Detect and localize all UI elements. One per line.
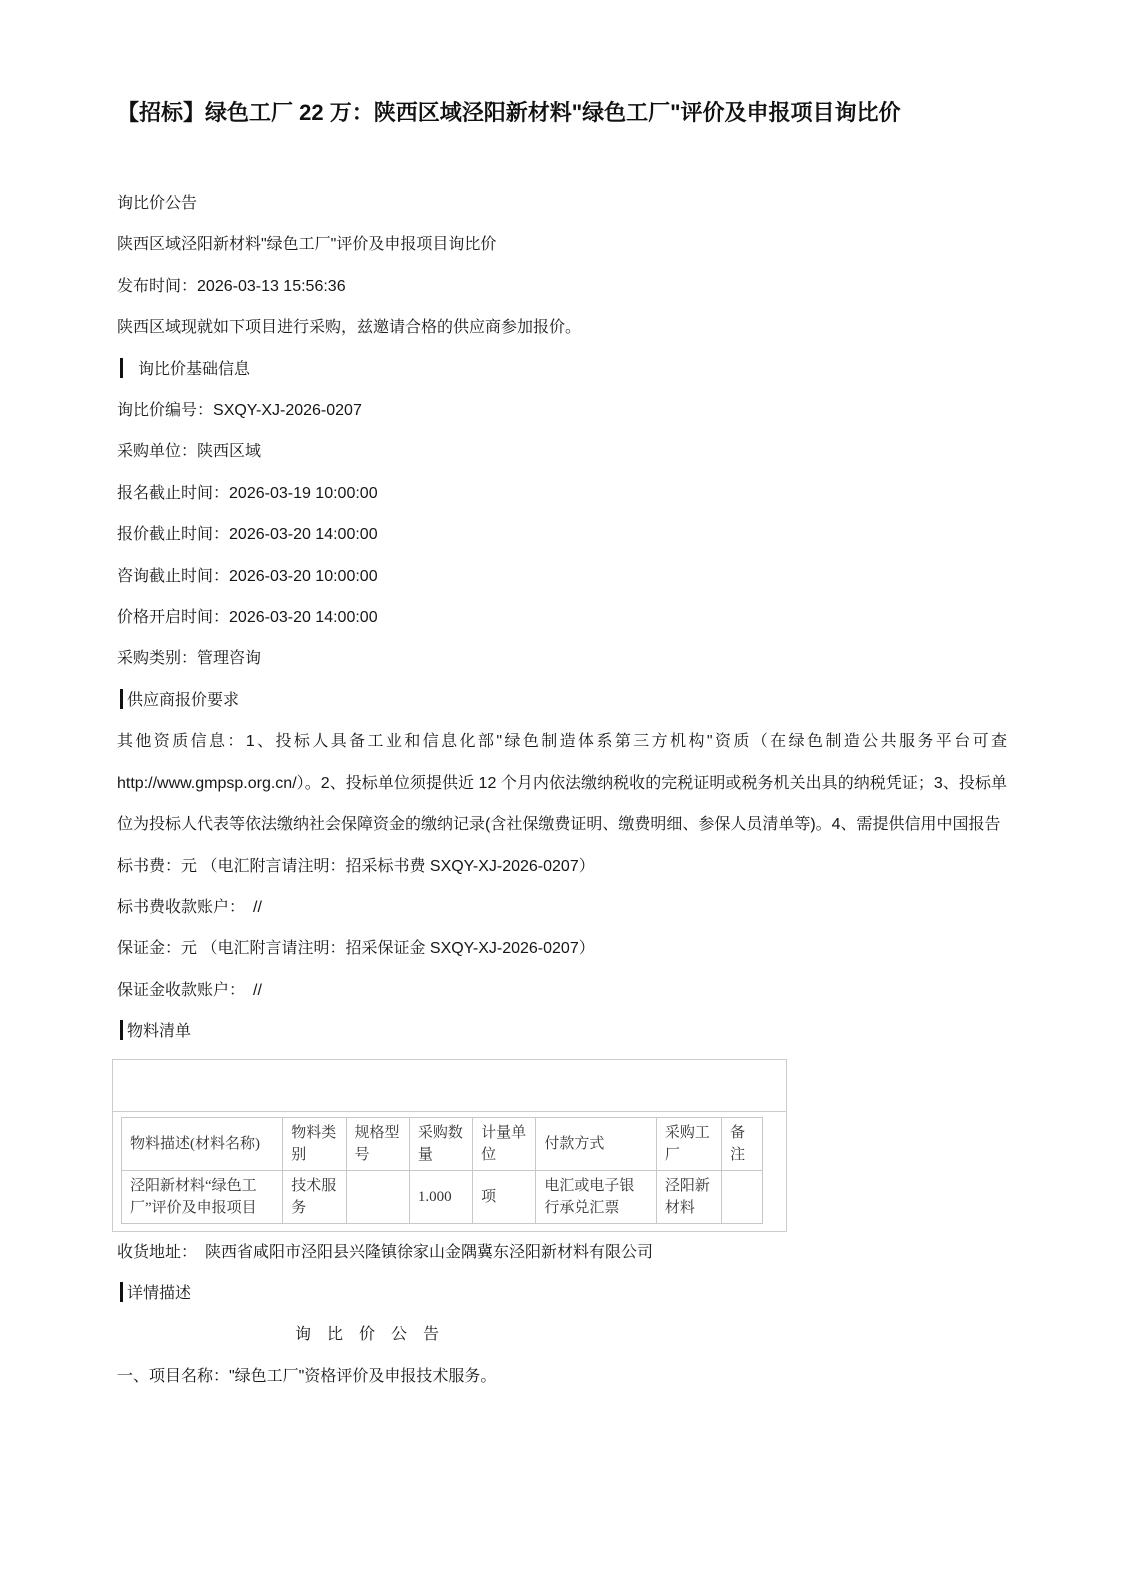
field-purchasing-unit: 采购单位：陕西区域 (117, 431, 1007, 472)
section-heading-details: 详情描述 (117, 1273, 1007, 1314)
section-heading-basic-info: 询比价基础信息 (117, 349, 1007, 390)
field-label: 报价截止时间： (117, 526, 229, 543)
project-subject: 陕西区域泾阳新材料"绿色工厂"评价及申报项目询比价 (117, 224, 1007, 265)
section-heading-materials: 物料清单 (117, 1011, 1007, 1052)
col-header-material-category: 物料类别 (283, 1117, 346, 1170)
deposit-account-line: 保证金收款账户： // (117, 970, 1007, 1011)
field-inquiry-number: 询比价编号：SXQY-XJ-2026-0207 (117, 390, 1007, 431)
table-row: 泾阳新材料“绿色工厂”评价及申报项目 技术服务 1.000 项 电汇或电子银行承… (122, 1170, 763, 1223)
field-label: 采购单位： (117, 443, 197, 460)
materials-table-inner: 物料描述(材料名称) 物料类别 规格型号 采购数量 计量单位 付款方式 采购工厂… (113, 1112, 786, 1231)
section-bar-icon (120, 1282, 123, 1302)
field-value: 2026-03-20 14:00:00 (229, 609, 378, 626)
col-header-purchase-factory: 采购工厂 (656, 1117, 721, 1170)
field-price-open-time: 价格开启时间：2026-03-20 14:00:00 (117, 597, 1007, 638)
materials-table-container: 物料描述(材料名称) 物料类别 规格型号 采购数量 计量单位 付款方式 采购工厂… (112, 1059, 787, 1232)
col-header-spec-model: 规格型号 (346, 1117, 409, 1170)
section-bar-icon (120, 1020, 123, 1040)
tender-fee-account-line: 标书费收款账户： // (117, 887, 1007, 928)
field-purchase-category: 采购类别：管理咨询 (117, 638, 1007, 679)
delivery-address-line: 收货地址： 陕西省咸阳市泾阳县兴隆镇徐家山金隅冀东泾阳新材料有限公司 (117, 1232, 1007, 1273)
col-header-material-description: 物料描述(材料名称) (122, 1117, 283, 1170)
publish-time-line: 发布时间：2026-03-13 15:56:36 (117, 266, 1007, 307)
cell-material-category: 技术服务 (283, 1170, 346, 1223)
col-header-purchase-qty: 采购数量 (409, 1117, 472, 1170)
notice-title-line: 询 比 价 公 告 (117, 1314, 1007, 1355)
materials-table-toolbar-area (113, 1060, 786, 1112)
field-value: 2026-03-20 14:00:00 (229, 526, 378, 543)
materials-table: 物料描述(材料名称) 物料类别 规格型号 采购数量 计量单位 付款方式 采购工厂… (121, 1117, 763, 1224)
tender-fee-line: 标书费：元 （电汇附言请注明：招采标书费 SXQY-XJ-2026-0207） (117, 846, 1007, 887)
cell-spec-model (346, 1170, 409, 1223)
table-header-row: 物料描述(材料名称) 物料类别 规格型号 采购数量 计量单位 付款方式 采购工厂… (122, 1117, 763, 1170)
section-bar-icon (120, 689, 123, 709)
field-label: 采购类别： (117, 650, 197, 667)
field-value: SXQY-XJ-2026-0207 (213, 402, 362, 419)
field-label: 报名截止时间： (117, 485, 229, 502)
section-heading-text: 供应商报价要求 (127, 692, 239, 709)
col-header-remarks: 备注 (722, 1117, 763, 1170)
section-bar-icon (120, 358, 123, 378)
delivery-address-label: 收货地址： (117, 1244, 205, 1261)
field-registration-deadline: 报名截止时间：2026-03-19 10:00:00 (117, 473, 1007, 514)
field-label: 询比价编号： (117, 402, 213, 419)
notice-type: 询比价公告 (117, 183, 1007, 224)
field-quote-deadline: 报价截止时间：2026-03-20 14:00:00 (117, 514, 1007, 555)
col-header-unit: 计量单位 (473, 1117, 536, 1170)
field-value: 2026-03-20 10:00:00 (229, 568, 378, 585)
project-name-item: 一、项目名称："绿色工厂"资格评价及申报技术服务。 (117, 1356, 1007, 1397)
field-label: 价格开启时间： (117, 609, 229, 626)
cell-unit: 项 (473, 1170, 536, 1223)
document-body: 【招标】绿色工厂 22 万：陕西区域泾阳新材料"绿色工厂"评价及申报项目询比价 … (0, 0, 1117, 1397)
section-heading-supplier-requirements: 供应商报价要求 (117, 680, 1007, 721)
section-heading-text: 物料清单 (127, 1023, 191, 1040)
cell-remarks (722, 1170, 763, 1223)
section-heading-text: 详情描述 (127, 1285, 191, 1302)
cell-material-description: 泾阳新材料“绿色工厂”评价及申报项目 (122, 1170, 283, 1223)
field-value: 陕西区域 (197, 443, 261, 460)
invitation-line: 陕西区域现就如下项目进行采购，兹邀请合格的供应商参加报价。 (117, 307, 1007, 348)
cell-purchase-qty: 1.000 (409, 1170, 472, 1223)
page-title: 【招标】绿色工厂 22 万：陕西区域泾阳新材料"绿色工厂"评价及申报项目询比价 (117, 97, 1007, 129)
other-qualifications-paragraph: 其他资质信息：1、投标人具备工业和信息化部"绿色制造体系第三方机构"资质（在绿色… (117, 721, 1007, 845)
field-consultation-deadline: 咨询截止时间：2026-03-20 10:00:00 (117, 556, 1007, 597)
col-header-payment-method: 付款方式 (536, 1117, 656, 1170)
field-value: 2026-03-19 10:00:00 (229, 485, 378, 502)
deposit-line: 保证金：元 （电汇附言请注明：招采保证金 SXQY-XJ-2026-0207） (117, 928, 1007, 969)
cell-payment-method: 电汇或电子银行承兑汇票 (536, 1170, 656, 1223)
field-value: 管理咨询 (197, 650, 261, 667)
field-label: 咨询截止时间： (117, 568, 229, 585)
publish-time-label: 发布时间： (117, 278, 197, 295)
delivery-address-value: 陕西省咸阳市泾阳县兴隆镇徐家山金隅冀东泾阳新材料有限公司 (205, 1244, 653, 1261)
section-heading-text: 询比价基础信息 (138, 361, 250, 378)
publish-time-value: 2026-03-13 15:56:36 (197, 278, 346, 295)
cell-purchase-factory: 泾阳新材料 (656, 1170, 721, 1223)
